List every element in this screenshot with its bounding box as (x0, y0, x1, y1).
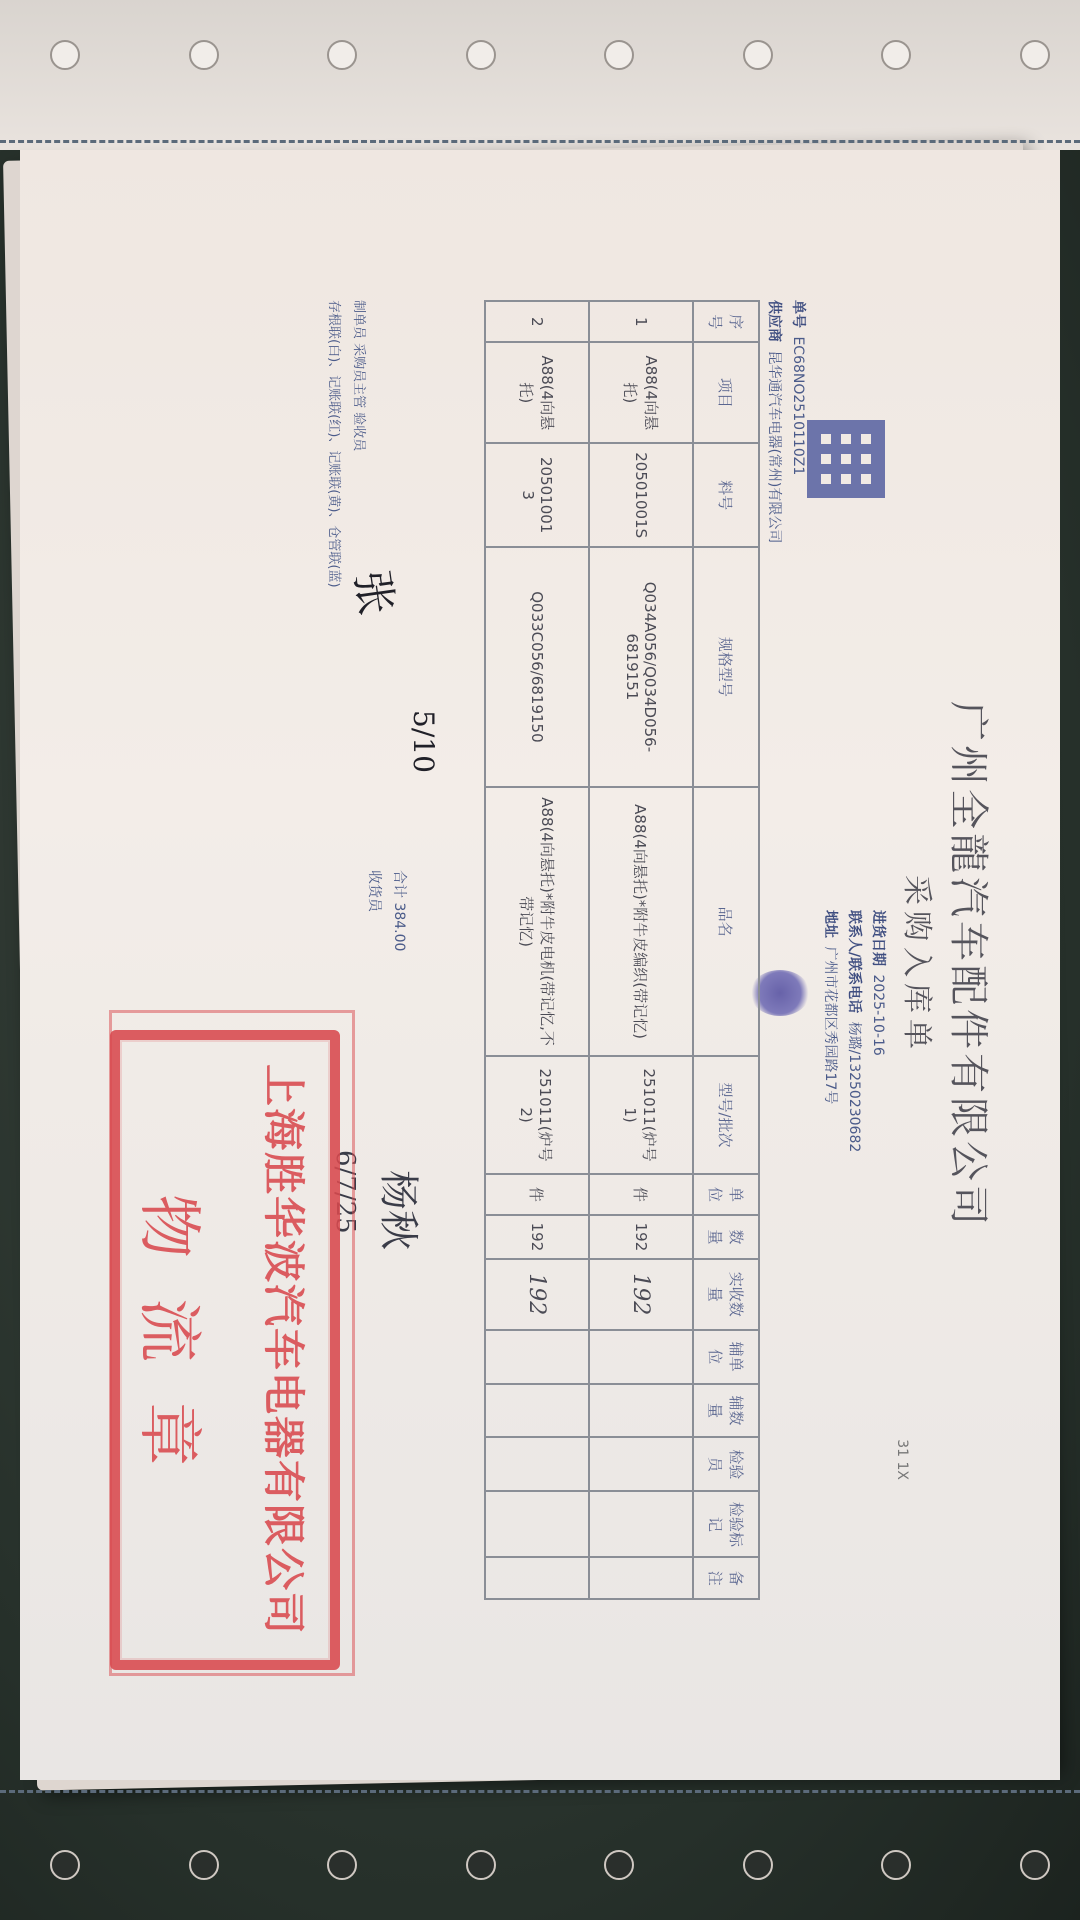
date-field: 进货日期 2025-10-16 (866, 910, 890, 1152)
cell-batch: 251011(炉号2) (485, 1056, 589, 1173)
cell-project: A88(4向悬托) (485, 342, 589, 443)
handwritten-signature: 张 (343, 566, 413, 618)
address-label: 地址 (822, 910, 838, 938)
qr-code-icon (807, 420, 885, 498)
stamp-label: 物流章 (128, 1040, 220, 1660)
hole-icon (743, 1850, 773, 1880)
col-inspector: 检验员 (693, 1437, 759, 1491)
order-no-field: 单号 EC68NO2510110Z1 (786, 300, 810, 543)
cell-unit: 件 (485, 1174, 589, 1215)
hole-icon (881, 40, 911, 70)
cell-qty: 192 (589, 1215, 693, 1259)
cell-spec: Q034A056/Q034D056-6819151 (589, 547, 693, 787)
table-row: 2 A88(4向悬托) 20501001 3 Q033C056/6819150 … (485, 301, 589, 1599)
date-label: 进货日期 (870, 910, 886, 966)
col-qty: 数量 (693, 1215, 759, 1259)
logistics-stamp: 上海胜华波汽车电器有限公司 物流章 (110, 1030, 340, 1670)
supplier-field: 供应商 昆华通汽车电器(常州)有限公司 (762, 300, 786, 543)
hole-icon (604, 1850, 634, 1880)
table-header-row: 序号 项目 料号 规格型号 品名 型号/批次 单位 数量 实收数量 辅单位 辅数… (693, 301, 759, 1599)
perforation-line-bottom (0, 1790, 1080, 1793)
address-value: 广州市花都区秀园路17号 (822, 946, 838, 1104)
col-batch: 型号/批次 (693, 1056, 759, 1173)
total-value: 384.00 (391, 902, 407, 951)
cell-aux-qty (589, 1384, 693, 1438)
cell-seq: 2 (485, 301, 589, 342)
hole-icon (327, 1850, 357, 1880)
col-name: 品名 (693, 787, 759, 1057)
cell-name: A88(4向悬托)*附牛皮电机(带记忆,不带记忆) (485, 787, 589, 1057)
supplier-value: 昆华通汽车电器(常州)有限公司 (766, 350, 782, 543)
contact-value: 杨璐/13250230682 (846, 1022, 862, 1153)
col-project: 项目 (693, 342, 759, 443)
cell-inspector (485, 1437, 589, 1491)
total-field: 合计 384.00 (390, 870, 410, 951)
cell-remark (589, 1557, 693, 1599)
col-received: 实收数量 (693, 1259, 759, 1330)
order-no-label: 单号 (790, 300, 806, 328)
tractor-feed-strip-top (0, 0, 1080, 150)
cell-received: 192 (589, 1259, 693, 1330)
perforation-line-top (0, 140, 1080, 143)
cell-aux-unit (589, 1330, 693, 1384)
cell-unit: 件 (589, 1174, 693, 1215)
cell-spec: Q033C056/6819150 (485, 547, 589, 787)
page-code: 31 1X (894, 1439, 910, 1480)
hole-icon (1020, 40, 1050, 70)
hole-icon (189, 40, 219, 70)
col-part-no: 料号 (693, 443, 759, 547)
company-name: 广州全龍汽车配件有限公司 (943, 150, 1000, 1780)
total-label: 合计 (391, 870, 407, 898)
meta-right: 进货日期 2025-10-16 联系人/联系电话 杨璐/13250230682 … (818, 910, 890, 1152)
handwritten-signature-receiver: 杨秋 (373, 1170, 430, 1250)
cell-inspect-mark (589, 1491, 693, 1557)
col-remark: 备注 (693, 1557, 759, 1599)
hole-icon (743, 40, 773, 70)
cell-project: A88(4向悬托) (589, 342, 693, 443)
items-table: 序号 项目 料号 规格型号 品名 型号/批次 单位 数量 实收数量 辅单位 辅数… (484, 300, 760, 1600)
col-aux-unit: 辅单位 (693, 1330, 759, 1384)
handwritten-date: 5/10 (407, 710, 440, 773)
cell-received: 192 (485, 1259, 589, 1330)
document-title: 采购入库单 (898, 150, 942, 1780)
cell-inspect-mark (485, 1491, 589, 1557)
col-seq: 序号 (693, 301, 759, 342)
date-value: 2025-10-16 (870, 974, 886, 1055)
purchase-receipt-document: 广州全龍汽车配件有限公司 采购入库单 31 1X 进货日期 2025-10-16… (20, 150, 1060, 1780)
tractor-holes-top (50, 40, 1050, 70)
footer-copies: 存根联(白)、记账联(红)、记账联(黄)、仓管联(蓝) (326, 300, 345, 588)
cell-aux-unit (485, 1330, 589, 1384)
cell-part-no: 20501001S (589, 443, 693, 547)
hole-icon (327, 40, 357, 70)
hole-icon (1020, 1850, 1050, 1880)
cell-seq: 1 (589, 301, 693, 342)
hole-icon (881, 1850, 911, 1880)
cell-qty: 192 (485, 1215, 589, 1259)
cell-remark (485, 1557, 589, 1599)
hole-icon (466, 1850, 496, 1880)
order-no-value: EC68NO2510110Z1 (790, 336, 806, 475)
hole-icon (50, 1850, 80, 1880)
meta-left: 单号 EC68NO2510110Z1 供应商 昆华通汽车电器(常州)有限公司 (762, 300, 810, 543)
col-spec: 规格型号 (693, 547, 759, 787)
document-sheet: 广州全龍汽车配件有限公司 采购入库单 31 1X 进货日期 2025-10-16… (20, 150, 1060, 1780)
address-field: 地址 广州市花都区秀园路17号 (818, 910, 842, 1152)
col-aux-qty: 辅数量 (693, 1384, 759, 1438)
receiver-label: 收货员 (365, 870, 385, 912)
contact-field: 联系人/联系电话 杨璐/13250230682 (842, 910, 866, 1152)
cell-batch: 251011(炉号1) (589, 1056, 693, 1173)
col-inspect-mark: 检验标记 (693, 1491, 759, 1557)
col-unit: 单位 (693, 1174, 759, 1215)
tractor-holes-bottom (50, 1850, 1050, 1880)
supplier-label: 供应商 (766, 300, 782, 342)
contact-label: 联系人/联系电话 (846, 910, 862, 1013)
hole-icon (50, 40, 80, 70)
hole-icon (189, 1850, 219, 1880)
cell-aux-qty (485, 1384, 589, 1438)
cell-name: A88(4向悬托)*附牛皮编织(带记忆) (589, 787, 693, 1057)
hole-icon (466, 40, 496, 70)
footer-roles: 制单员 采购员主管 验收员 (351, 300, 370, 451)
table-row: 1 A88(4向悬托) 20501001S Q034A056/Q034D056-… (589, 301, 693, 1599)
cell-part-no: 20501001 3 (485, 443, 589, 547)
stamp-company: 上海胜华波汽车电器有限公司 (256, 1040, 316, 1660)
cell-inspector (589, 1437, 693, 1491)
hole-icon (604, 40, 634, 70)
